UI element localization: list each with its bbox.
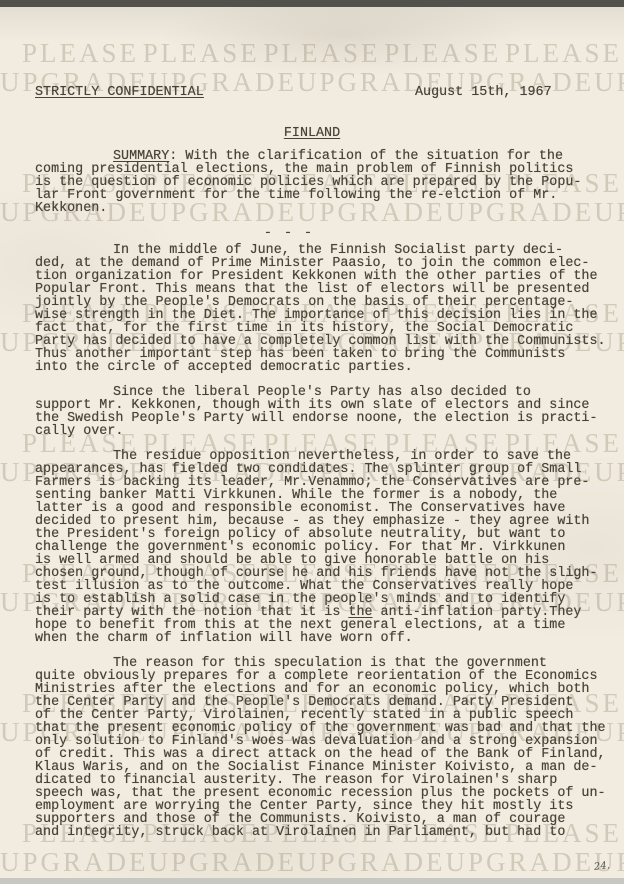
watermark-word: UPGRADE — [0, 847, 149, 878]
watermark-word: UPGRADE — [297, 847, 446, 878]
watermark-word: PLEASE — [143, 38, 260, 69]
opposition-text-before: The residue opposition nevertheless, in … — [35, 449, 598, 620]
watermark-word: PLEASE — [22, 38, 139, 69]
section-separator: - - - — [35, 227, 613, 240]
scan-top-edge — [0, 0, 624, 7]
page-number: 24. — [594, 860, 611, 873]
date-label: August 15th, 1967 — [415, 86, 552, 99]
document-body: STRICTLY CONFIDENTIAL August 15th, 1967 … — [35, 86, 613, 851]
title-row: FINLAND — [35, 127, 589, 140]
paragraph-election-organization: In the middle of June, the Finnish Socia… — [35, 244, 613, 374]
document-page: PLEASEPLEASEPLEASEPLEASEPLEASEUPGRADEUPG… — [0, 0, 624, 884]
classification-label: STRICTLY CONFIDENTIAL — [35, 85, 204, 100]
watermark-word: PLEASE — [505, 38, 622, 69]
document-header: STRICTLY CONFIDENTIAL August 15th, 1967 — [35, 86, 613, 99]
watermark-row: PLEASEPLEASEPLEASEPLEASEPLEASE — [22, 38, 622, 69]
summary-paragraph: SUMMARY: With the clarification of the s… — [35, 150, 613, 215]
watermark-row: UPGRADEUPGRADEUPGRADEUPGRADEUPGRADE — [0, 847, 624, 878]
paragraph-government-policy: The reason for this speculation is that … — [35, 657, 613, 839]
paragraph-opposition-candidates: The residue opposition nevertheless, in … — [35, 450, 613, 645]
watermark-word: UPGRADE — [446, 847, 595, 878]
watermark-word: PLEASE — [263, 38, 380, 69]
watermark-word: UPGRADE — [149, 847, 298, 878]
scan-bottom-edge — [0, 878, 624, 884]
page-title: FINLAND — [284, 126, 340, 141]
paragraph-liberal-party: Since the liberal People's Party has als… — [35, 386, 613, 438]
watermark-word: PLEASE — [384, 38, 501, 69]
